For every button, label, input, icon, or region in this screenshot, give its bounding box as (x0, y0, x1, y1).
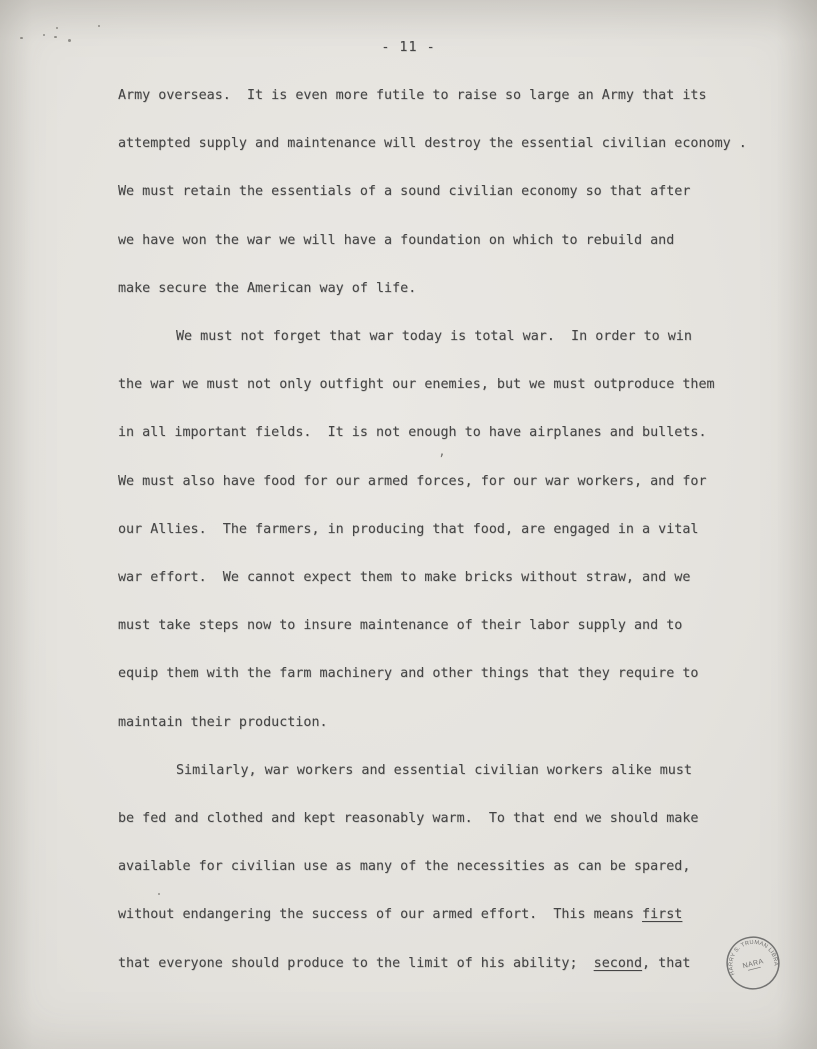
text-segment: in all important fields. It is not enoug… (118, 425, 707, 440)
text-line: Similarly, war workers and essential civ… (176, 763, 692, 778)
text-segment: Army overseas. It is even more futile to… (118, 88, 707, 103)
stray-ink-mark: ’ (438, 452, 445, 466)
text-line: in all important fields. It is not enoug… (118, 425, 707, 440)
paper-speck (158, 893, 160, 895)
text-segment: We must not forget that war today is tot… (176, 329, 692, 344)
text-segment: , that (642, 956, 690, 971)
truman-library-stamp-icon: HARRY S. TRUMAN LIBRARY NARA (719, 929, 787, 997)
underlined-text: first (642, 907, 682, 922)
text-line: We must also have food for our armed for… (118, 474, 707, 489)
paper-speck (43, 34, 45, 36)
scanned-document-page: ’ - 11 - Army overseas. It is even more … (0, 0, 817, 1049)
text-segment: the war we must not only outfight our en… (118, 377, 715, 392)
text-segment: be fed and clothed and kept reasonably w… (118, 811, 698, 826)
text-line: equip them with the farm machinery and o… (118, 666, 698, 681)
archive-stamp: HARRY S. TRUMAN LIBRARY NARA (719, 929, 787, 997)
text-line: war effort. We cannot expect them to mak… (118, 570, 690, 585)
underlined-text: second (594, 956, 642, 971)
paper-speck (56, 27, 58, 29)
text-line: the war we must not only outfight our en… (118, 377, 715, 392)
text-line: maintain their production. (118, 715, 328, 730)
text-line: We must retain the essentials of a sound… (118, 184, 690, 199)
text-line: be fed and clothed and kept reasonably w… (118, 811, 698, 826)
paper-speck (54, 36, 57, 38)
text-line: our Allies. The farmers, in producing th… (118, 522, 698, 537)
text-segment: maintain their production. (118, 715, 328, 730)
stamp-center-text: NARA (742, 957, 765, 970)
text-line: Army overseas. It is even more futile to… (118, 88, 707, 103)
text-segment: attempted supply and maintenance will de… (118, 136, 747, 151)
paper-speck (98, 25, 100, 27)
text-segment: equip them with the farm machinery and o… (118, 666, 698, 681)
text-line: We must not forget that war today is tot… (176, 329, 692, 344)
text-segment: available for civilian use as many of th… (118, 859, 690, 874)
text-line: must take steps now to insure maintenanc… (118, 618, 682, 633)
text-segment: We must also have food for our armed for… (118, 474, 707, 489)
text-line: that everyone should produce to the limi… (118, 956, 690, 971)
text-segment: must take steps now to insure maintenanc… (118, 618, 682, 633)
page-number: - 11 - (0, 40, 817, 55)
text-line: available for civilian use as many of th… (118, 859, 690, 874)
text-line: make secure the American way of life. (118, 281, 416, 296)
text-segment: our Allies. The farmers, in producing th… (118, 522, 698, 537)
text-segment: war effort. We cannot expect them to mak… (118, 570, 690, 585)
text-line: we have won the war we will have a found… (118, 233, 674, 248)
text-segment: without endangering the success of our a… (118, 907, 642, 922)
text-line: without endangering the success of our a… (118, 907, 682, 922)
text-segment: We must retain the essentials of a sound… (118, 184, 690, 199)
text-line: attempted supply and maintenance will de… (118, 136, 747, 151)
paper-speck (20, 37, 23, 39)
text-segment: Similarly, war workers and essential civ… (176, 763, 692, 778)
text-segment: that everyone should produce to the limi… (118, 956, 594, 971)
text-segment: make secure the American way of life. (118, 281, 416, 296)
text-segment: we have won the war we will have a found… (118, 233, 674, 248)
